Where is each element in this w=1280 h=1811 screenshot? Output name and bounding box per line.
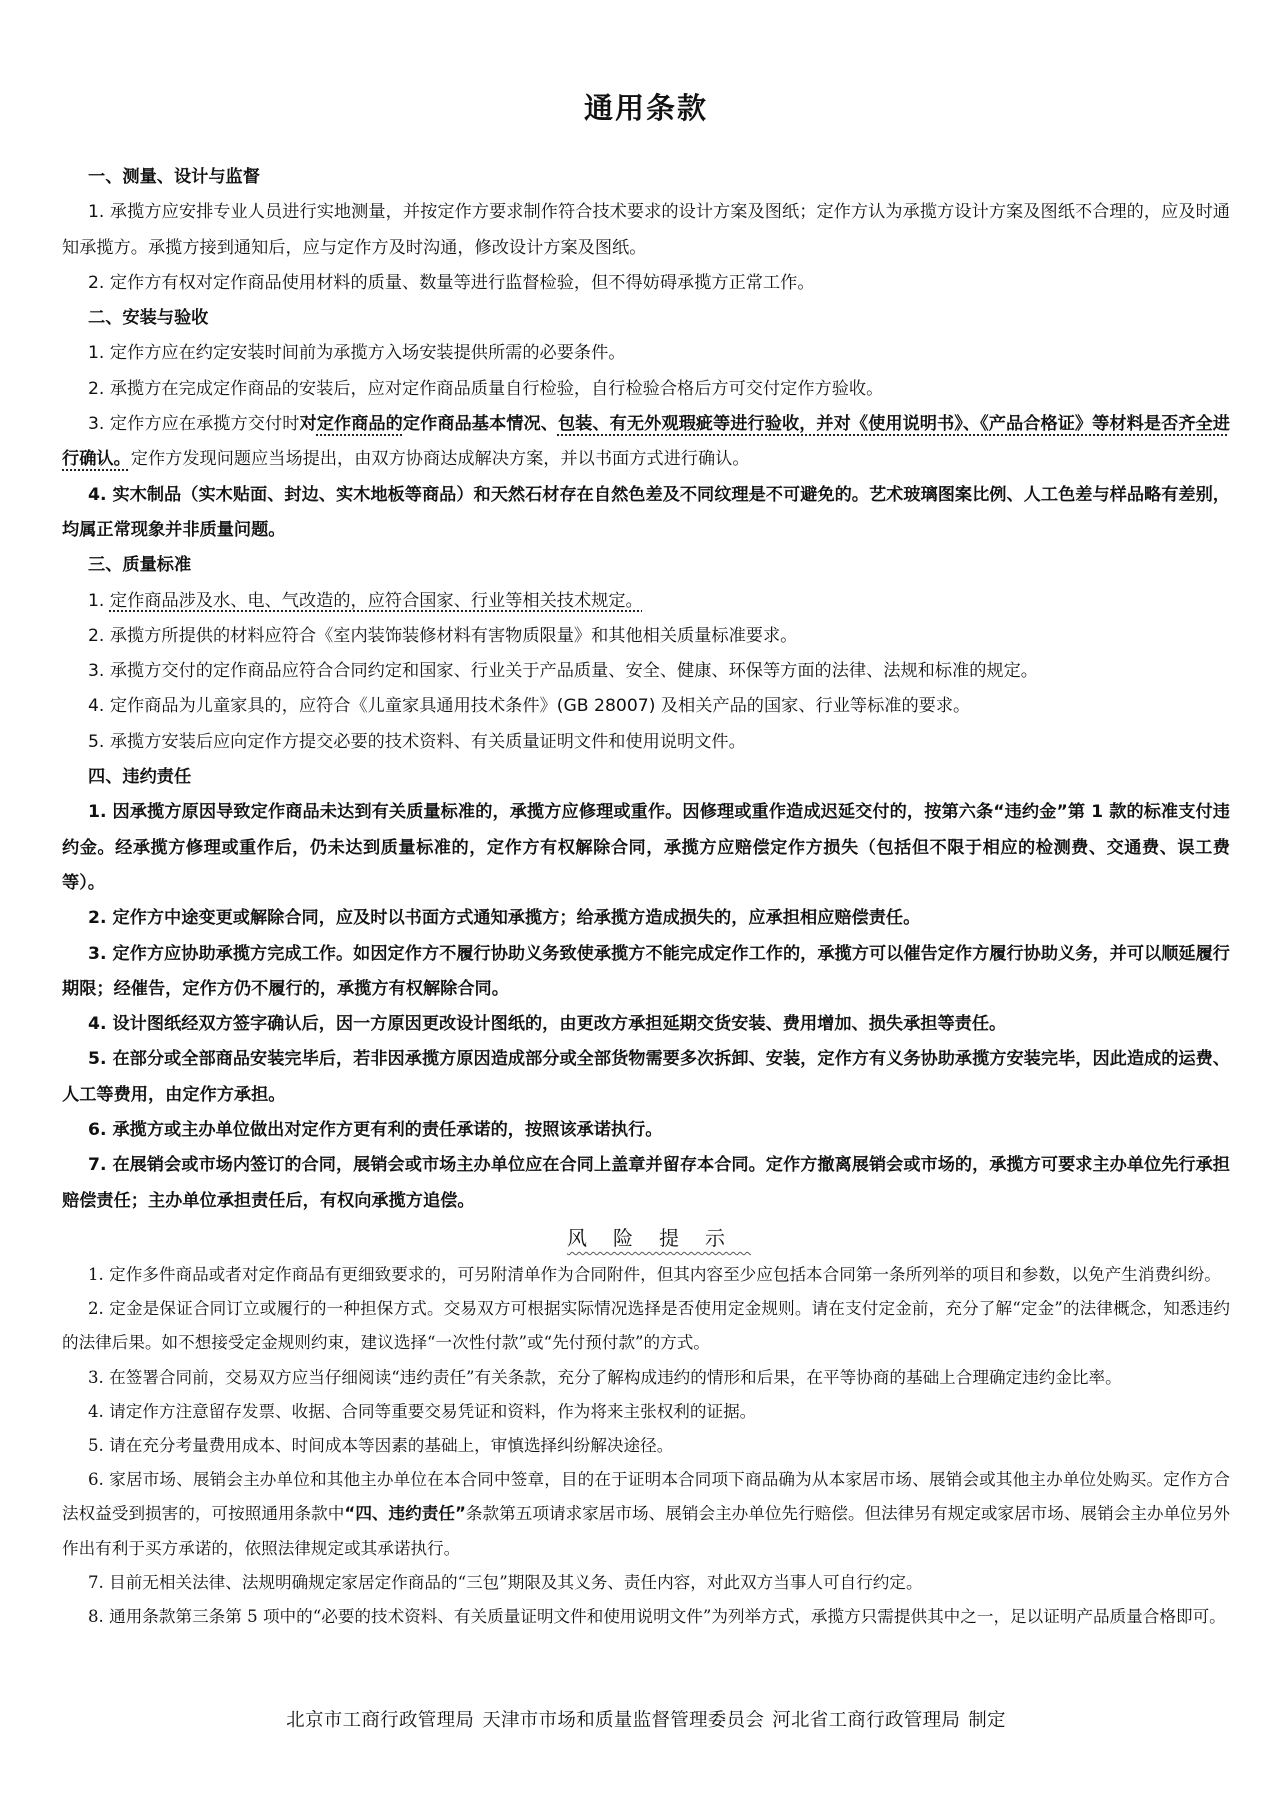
issuer-beijing: 北京市工商行政管理局 bbox=[286, 1710, 474, 1731]
clause-2-4: 4. 实木制品（实木贴面、封边、实木地板等商品）和天然石材存在自然色差及不同纹理… bbox=[62, 478, 1230, 549]
risk-item-6: 6. 家居市场、展销会主办单位和其他主办单位在本合同中签章，目的在于证明本合同项… bbox=[62, 1463, 1230, 1566]
risk-notice-heading: 风险提示 bbox=[62, 1222, 1230, 1251]
risk-item-4: 4. 请定作方注意留存发票、收据、合同等重要交易凭证和资料，作为将来主张权利的证… bbox=[62, 1395, 1230, 1429]
clause-3-1-dotted: 定作商品涉及水、电、气改造的，应符合国家、行业等相关技术规定。 bbox=[110, 591, 643, 611]
clause-4-2: 2. 定作方中途变更或解除合同，应及时以书面方式通知承揽方；给承揽方造成损失的，… bbox=[62, 901, 1230, 936]
page-title: 通用条款 bbox=[62, 86, 1230, 127]
clause-2-3-bold-b: 定作商品基本情况、 bbox=[403, 414, 558, 434]
clause-4-6: 6. 承揽方或主办单位做出对定作方更有利的责任承诺的，按照该承诺执行。 bbox=[62, 1113, 1230, 1148]
risk-item-8: 8. 通用条款第三条第 5 项中的“必要的技术资料、有关质量证明文件和使用说明文… bbox=[62, 1600, 1230, 1634]
general-terms: 一、测量、设计与监督 1. 承揽方应安排专业人员进行实地测量，并按定作方要求制作… bbox=[62, 160, 1230, 1219]
section-heading-installation-acceptance: 二、安装与验收 bbox=[62, 301, 1230, 336]
section-heading-quality-standards: 三、质量标准 bbox=[62, 548, 1230, 583]
clause-1-1: 1. 承揽方应安排专业人员进行实地测量，并按定作方要求制作符合技术要求的设计方案… bbox=[62, 195, 1230, 266]
clause-3-1: 1. 定作商品涉及水、电、气改造的，应符合国家、行业等相关技术规定。 bbox=[62, 584, 1230, 619]
clause-4-3: 3. 定作方应协助承揽方完成工作。如因定作方不履行协助义务致使承揽方不能完成定作… bbox=[62, 937, 1230, 1008]
clause-3-1-number: 1. bbox=[88, 591, 110, 611]
clause-2-3-bold-a: 对 bbox=[299, 414, 316, 434]
clause-1-2: 2. 定作方有权对定作商品使用材料的质量、数量等进行监督检验，但不得妨碍承揽方正… bbox=[62, 266, 1230, 301]
clause-3-4: 4. 定作商品为儿童家具的，应符合《儿童家具通用技术条件》(GB 28007) … bbox=[62, 689, 1230, 724]
clause-2-3: 3. 定作方应在承揽方交付时对定作商品的定作商品基本情况、包装、有无外观瑕疵等进… bbox=[62, 407, 1230, 478]
clause-2-2: 2. 承揽方在完成定作商品的安装后，应对定作商品质量自行检验，自行检验合格后方可… bbox=[62, 372, 1230, 407]
risk-item-3: 3. 在签署合同前，交易双方应当仔细阅读“违约责任”有关条款，充分了解构成违约的… bbox=[62, 1361, 1230, 1395]
issuer-hebei: 河北省工商行政管理局 bbox=[772, 1710, 960, 1731]
risk-item-2: 2. 定金是保证合同订立或履行的一种担保方式。交易双方可根据实际情况选择是否使用… bbox=[62, 1292, 1230, 1360]
risk-item-5: 5. 请在充分考量费用成本、时间成本等因素的基础上，审慎选择纠纷解决途径。 bbox=[62, 1429, 1230, 1463]
clause-2-1: 1. 定作方应在约定安装时间前为承揽方入场安装提供所需的必要条件。 bbox=[62, 336, 1230, 371]
clause-4-5: 5. 在部分或全部商品安装完毕后，若非因承揽方原因造成部分或全部货物需要多次拆卸… bbox=[62, 1042, 1230, 1113]
clause-2-3-bold-dotted-a: 定作商品的 bbox=[317, 414, 403, 434]
clause-3-3: 3. 承揽方交付的定作商品应符合合同约定和国家、行业关于产品质量、安全、健康、环… bbox=[62, 654, 1230, 689]
section-heading-liability: 四、违约责任 bbox=[62, 760, 1230, 795]
clause-2-3-suffix: 定作方发现问题应当场提出，由双方协商达成解决方案，并以书面方式进行确认。 bbox=[131, 449, 750, 469]
clause-4-7: 7. 在展销会或市场内签订的合同，展销会或市场主办单位应在合同上盖章并留存本合同… bbox=[62, 1148, 1230, 1219]
risk-item-1: 1. 定作多件商品或者对定作商品有更细致要求的，可另附清单作为合同附件，但其内容… bbox=[62, 1258, 1230, 1292]
clause-4-1: 1. 因承揽方原因导致定作商品未达到有关质量标准的，承揽方应修理或重作。因修理或… bbox=[62, 795, 1230, 901]
risk-item-6-bold-ref: “四、违约责任” bbox=[344, 1504, 466, 1523]
clause-2-3-prefix: 3. 定作方应在承揽方交付时 bbox=[88, 414, 299, 434]
risk-notice: 1. 定作多件商品或者对定作商品有更细致要求的，可另附清单作为合同附件，但其内容… bbox=[62, 1258, 1230, 1634]
clause-4-4: 4. 设计图纸经双方签字确认后，因一方原因更改设计图纸的，由更改方承担延期交货安… bbox=[62, 1007, 1230, 1042]
issuer-footer: 北京市工商行政管理局天津市市场和质量监督管理委员会河北省工商行政管理局制定 bbox=[62, 1706, 1230, 1732]
section-heading-measurement-design: 一、测量、设计与监督 bbox=[62, 160, 1230, 195]
issuer-tianjin: 天津市市场和质量监督管理委员会 bbox=[482, 1710, 764, 1731]
risk-notice-heading-text: 风险提示 bbox=[567, 1226, 751, 1250]
risk-item-7: 7. 目前无相关法律、法规明确规定家居定作商品的“三包”期限及其义务、责任内容，… bbox=[62, 1566, 1230, 1600]
clause-3-5: 5. 承揽方安装后应向定作方提交必要的技术资料、有关质量证明文件和使用说明文件。 bbox=[62, 725, 1230, 760]
clause-3-2: 2. 承揽方所提供的材料应符合《室内装饰装修材料有害物质限量》和其他相关质量标准… bbox=[62, 619, 1230, 654]
issuer-suffix: 制定 bbox=[968, 1710, 1006, 1731]
